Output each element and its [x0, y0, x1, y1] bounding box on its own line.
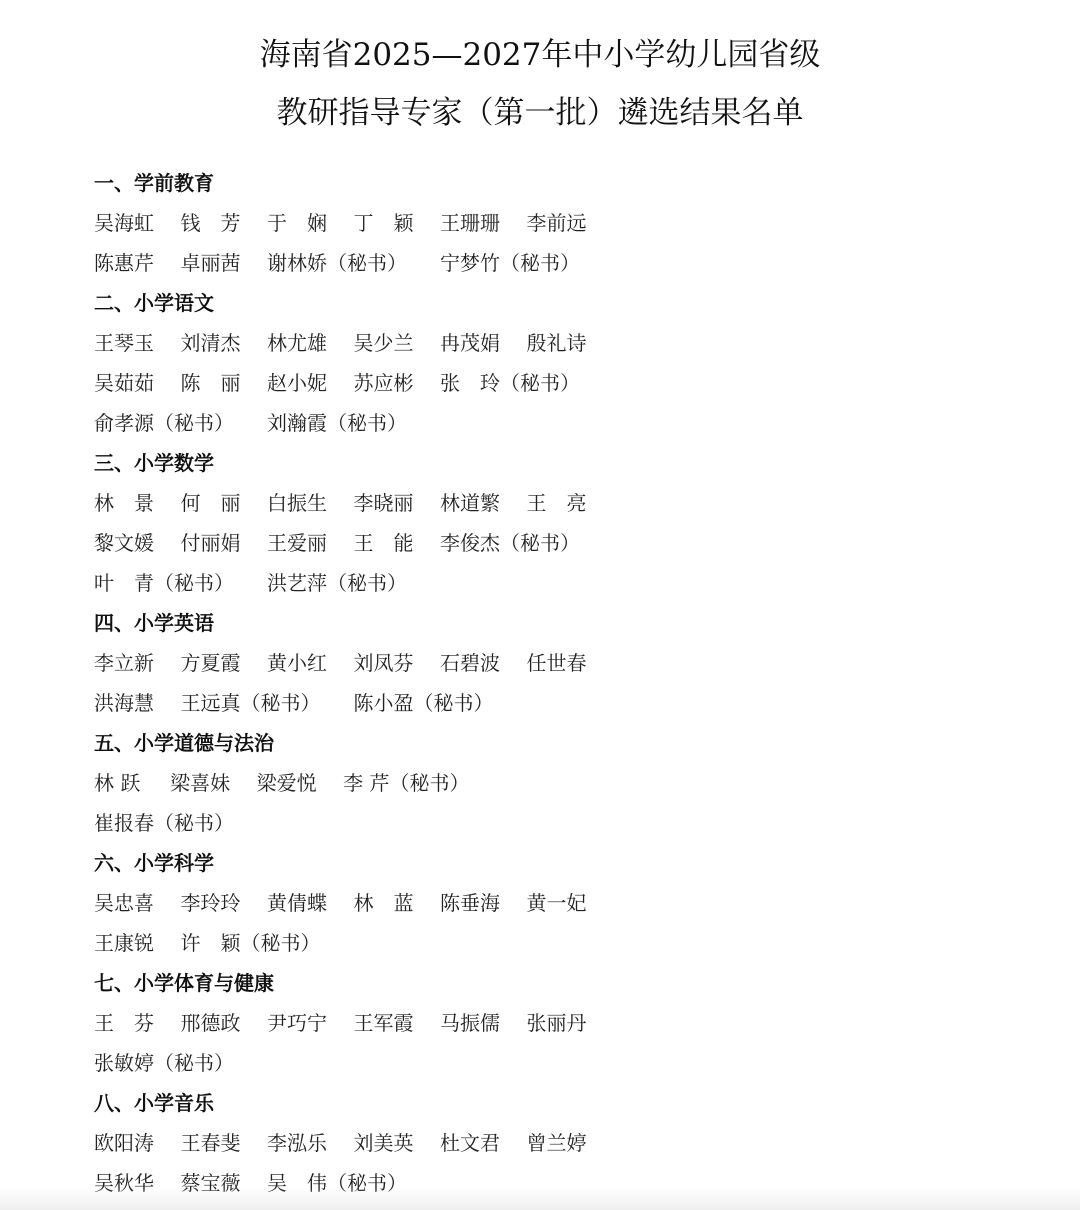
- expert-name: 黄小红: [267, 643, 327, 683]
- section-heading: 五、小学道德与法治: [94, 723, 994, 763]
- expert-name: 林尤雄: [267, 323, 327, 363]
- name-row: 张敏婷（秘书）: [94, 1043, 994, 1083]
- name-row: 王康锐许 颖（秘书）: [94, 923, 994, 963]
- section: 二、小学语文王琴玉刘清杰林尤雄吴少兰冉茂娟殷礼诗吴茹茹陈 丽赵小妮苏应彬张 玲（…: [94, 283, 994, 443]
- name-row: 欧阳涛王春斐李泓乐刘美英杜文君曾兰婷: [94, 1123, 994, 1163]
- expert-name: 林道繁: [440, 483, 500, 523]
- section-heading: 七、小学体育与健康: [94, 963, 994, 1003]
- section-heading: 八、小学音乐: [94, 1083, 994, 1123]
- secretary-name: 叶 青（秘书）: [94, 563, 234, 603]
- expert-name: 殷礼诗: [527, 323, 587, 363]
- secretary-name: 谢林娇（秘书）: [267, 243, 407, 283]
- name-row: 李立新方夏霞黄小红刘凤芬石碧波任世春: [94, 643, 994, 683]
- section-heading: 一、学前教育: [94, 163, 994, 203]
- expert-name: 刘清杰: [181, 323, 241, 363]
- expert-name: 王珊珊: [440, 203, 500, 243]
- section: 八、小学音乐欧阳涛王春斐李泓乐刘美英杜文君曾兰婷吴秋华蔡宝薇吴 伟（秘书）: [94, 1083, 994, 1203]
- name-row: 崔报春（秘书）: [94, 803, 994, 843]
- section: 六、小学科学吴忠喜李玲玲黄倩蝶林 蓝陈垂海黄一妃王康锐许 颖（秘书）: [94, 843, 994, 963]
- secretary-name: 洪艺萍（秘书）: [267, 563, 407, 603]
- expert-name: 李前远: [527, 203, 587, 243]
- secretary-name: 张敏婷（秘书）: [94, 1043, 234, 1083]
- page-bottom-shade: [0, 1188, 1080, 1210]
- expert-name: 方夏霞: [181, 643, 241, 683]
- name-row: 吴海虹钱 芳于 娴丁 颖王珊珊李前远: [94, 203, 994, 243]
- expert-name: 杜文君: [440, 1123, 500, 1163]
- secretary-name: 刘瀚霞（秘书）: [267, 403, 407, 443]
- expert-name: 王琴玉: [94, 323, 154, 363]
- expert-name: 李玲玲: [181, 883, 241, 923]
- section-heading: 六、小学科学: [94, 843, 994, 883]
- expert-name: 梁喜妹: [170, 763, 230, 803]
- section: 七、小学体育与健康王 芬邢德政尹巧宁王军霞马振儒张丽丹张敏婷（秘书）: [94, 963, 994, 1083]
- name-row: 洪海慧王远真（秘书）陈小盈（秘书）: [94, 683, 994, 723]
- expert-name: 李泓乐: [267, 1123, 327, 1163]
- expert-name: 石碧波: [440, 643, 500, 683]
- secretary-name: 张 玲（秘书）: [440, 363, 580, 403]
- expert-name: 冉茂娟: [440, 323, 500, 363]
- expert-name: 邢德政: [181, 1003, 241, 1043]
- secretary-name: 崔报春（秘书）: [94, 803, 234, 843]
- section: 三、小学数学林 景何 丽白振生李晓丽林道繁王 亮黎文媛付丽娟王爱丽王 能李俊杰（…: [94, 443, 994, 603]
- expert-name: 王军霞: [354, 1003, 414, 1043]
- expert-name: 李立新: [94, 643, 154, 683]
- expert-name: 黄倩蝶: [267, 883, 327, 923]
- name-row: 王 芬邢德政尹巧宁王军霞马振儒张丽丹: [94, 1003, 994, 1043]
- title-line-1: 海南省2025—2027年中小学幼儿园省级: [0, 26, 1080, 84]
- section: 四、小学英语李立新方夏霞黄小红刘凤芬石碧波任世春洪海慧王远真（秘书）陈小盈（秘书…: [94, 603, 994, 723]
- name-row: 吴茹茹陈 丽赵小妮苏应彬张 玲（秘书）: [94, 363, 994, 403]
- expert-name: 黎文媛: [94, 523, 154, 563]
- expert-name: 黄一妃: [527, 883, 587, 923]
- expert-name: 梁爱悦: [257, 763, 317, 803]
- expert-name: 白振生: [267, 483, 327, 523]
- secretary-name: 王远真（秘书）: [181, 683, 321, 723]
- name-row: 吴忠喜李玲玲黄倩蝶林 蓝陈垂海黄一妃: [94, 883, 994, 923]
- expert-name: 王爱丽: [267, 523, 327, 563]
- expert-name: 吴海虹: [94, 203, 154, 243]
- name-list: 一、学前教育吴海虹钱 芳于 娴丁 颖王珊珊李前远陈惠芹卓丽茜谢林娇（秘书）宁梦竹…: [94, 163, 994, 1203]
- expert-name: 尹巧宁: [267, 1003, 327, 1043]
- secretary-name: 陈小盈（秘书）: [354, 683, 494, 723]
- expert-name: 何 丽: [181, 483, 241, 523]
- expert-name: 林 跃: [94, 763, 140, 803]
- expert-name: 苏应彬: [354, 363, 414, 403]
- secretary-name: 许 颖（秘书）: [181, 923, 321, 963]
- name-row: 黎文媛付丽娟王爱丽王 能李俊杰（秘书）: [94, 523, 994, 563]
- expert-name: 李晓丽: [354, 483, 414, 523]
- expert-name: 刘凤芬: [354, 643, 414, 683]
- expert-name: 林 景: [94, 483, 154, 523]
- secretary-name: 宁梦竹（秘书）: [440, 243, 580, 283]
- section-heading: 四、小学英语: [94, 603, 994, 643]
- expert-name: 赵小妮: [267, 363, 327, 403]
- expert-name: 林 蓝: [354, 883, 414, 923]
- expert-name: 曾兰婷: [527, 1123, 587, 1163]
- expert-name: 陈 丽: [181, 363, 241, 403]
- expert-name: 刘美英: [354, 1123, 414, 1163]
- expert-name: 吴茹茹: [94, 363, 154, 403]
- expert-name: 王 亮: [527, 483, 587, 523]
- expert-name: 陈垂海: [440, 883, 500, 923]
- expert-name: 陈惠芹: [94, 243, 154, 283]
- document-title: 海南省2025—2027年中小学幼儿园省级 教研指导专家（第一批）遴选结果名单: [0, 26, 1080, 142]
- expert-name: 王春斐: [181, 1123, 241, 1163]
- expert-name: 欧阳涛: [94, 1123, 154, 1163]
- name-row: 林 跃梁喜妹梁爱悦李 芹（秘书）: [94, 763, 994, 803]
- expert-name: 丁 颖: [354, 203, 414, 243]
- name-row: 林 景何 丽白振生李晓丽林道繁王 亮: [94, 483, 994, 523]
- expert-name: 洪海慧: [94, 683, 154, 723]
- expert-name: 马振儒: [440, 1003, 500, 1043]
- expert-name: 钱 芳: [181, 203, 241, 243]
- expert-name: 付丽娟: [181, 523, 241, 563]
- secretary-name: 李 芹（秘书）: [343, 763, 469, 803]
- expert-name: 任世春: [527, 643, 587, 683]
- title-line-2: 教研指导专家（第一批）遴选结果名单: [0, 84, 1080, 142]
- name-row: 王琴玉刘清杰林尤雄吴少兰冉茂娟殷礼诗: [94, 323, 994, 363]
- name-row: 陈惠芹卓丽茜谢林娇（秘书）宁梦竹（秘书）: [94, 243, 994, 283]
- expert-name: 吴忠喜: [94, 883, 154, 923]
- expert-name: 吴少兰: [354, 323, 414, 363]
- secretary-name: 李俊杰（秘书）: [440, 523, 580, 563]
- expert-name: 王 能: [354, 523, 414, 563]
- expert-name: 王康锐: [94, 923, 154, 963]
- secretary-name: 俞孝源（秘书）: [94, 403, 234, 443]
- name-row: 俞孝源（秘书）刘瀚霞（秘书）: [94, 403, 994, 443]
- expert-name: 于 娴: [267, 203, 327, 243]
- expert-name: 卓丽茜: [181, 243, 241, 283]
- expert-name: 张丽丹: [527, 1003, 587, 1043]
- section: 五、小学道德与法治林 跃梁喜妹梁爱悦李 芹（秘书）崔报春（秘书）: [94, 723, 994, 843]
- section-heading: 二、小学语文: [94, 283, 994, 323]
- expert-name: 王 芬: [94, 1003, 154, 1043]
- section-heading: 三、小学数学: [94, 443, 994, 483]
- name-row: 叶 青（秘书）洪艺萍（秘书）: [94, 563, 994, 603]
- section: 一、学前教育吴海虹钱 芳于 娴丁 颖王珊珊李前远陈惠芹卓丽茜谢林娇（秘书）宁梦竹…: [94, 163, 994, 283]
